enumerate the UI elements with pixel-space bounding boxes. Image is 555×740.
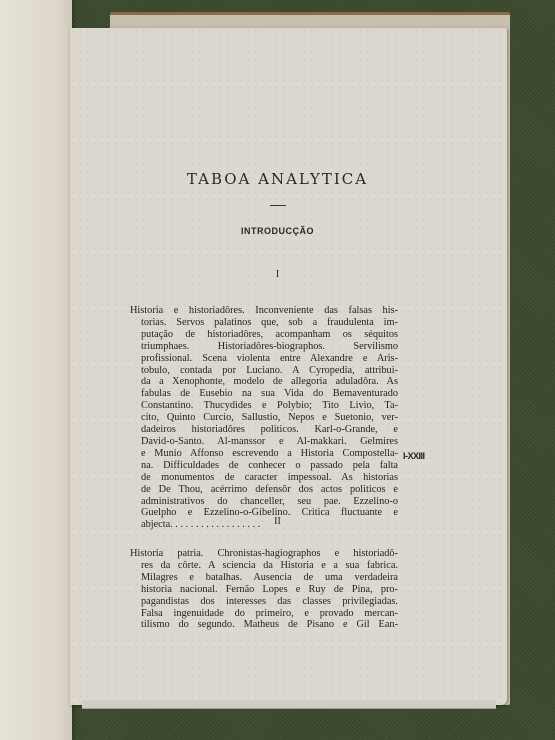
text-line: de De Thou, acérrimo defensôr dos actos … (130, 484, 398, 496)
text-line: de monumentos de caracter impessoal. As … (130, 472, 398, 484)
text-line: res da côrte. A sciencia da Historia e a… (130, 560, 398, 572)
paragraph-part-1: Historia e historiadôres. Inconveniente … (130, 305, 398, 531)
text-line: tilismo do segundo. Matheus de Pisano e … (130, 619, 398, 631)
text-line: pagandistas dos interesses das classes p… (130, 596, 398, 608)
text-line: administrativos do chanceller, seu pae. … (130, 496, 398, 508)
text-line: cito, Quinto Curcio, Sallustio, Nepos e … (130, 412, 398, 424)
part-numeral-1: I (0, 269, 555, 280)
text-line: putação de historiadôres, acompanham os … (130, 329, 398, 341)
text-line: Constantino. Thucydides e Polybio; Tito … (130, 400, 398, 412)
title-rule (270, 205, 286, 206)
paragraph-part-2: Historia patria. Chronistas-hagiographos… (130, 548, 398, 631)
text-line: dadeiros historiadôres politicos. Karl-o… (130, 424, 398, 436)
section-heading: INTRODUCÇÃO (0, 226, 555, 236)
part-numeral-2: II (0, 516, 555, 527)
text-line: na. Difficuldades de conhecer o passado … (130, 460, 398, 472)
text-line: e Munio Affonso escrevendo a Historia Co… (130, 448, 398, 460)
text-line: Milagres e batalhas. Ausencia de uma ver… (130, 572, 398, 584)
text-line: historia nacional. Fernão Lopes e Ruy de… (130, 584, 398, 596)
page-title: TABOA ANALYTICA (0, 170, 555, 188)
text-line: Falsa ingenuidade do primeiro, e provado… (130, 608, 398, 620)
text-line: profissional. Scena violenta entre Alexa… (130, 353, 398, 365)
text-line: triumphaes. Historiadôres-biographos. Se… (130, 341, 398, 353)
text-line: tobulo, contada por Luciano. A Cyropedia… (130, 365, 398, 377)
text-line: torias. Servos palatinos que, sob a frau… (130, 317, 398, 329)
facing-page (0, 0, 72, 740)
page-bottom-edge (82, 700, 496, 709)
text-line: Historia e historiadôres. Inconveniente … (130, 305, 398, 317)
text-line: da a Xenophonte, modelo de allegoria adu… (130, 376, 398, 388)
page-reference: I-XXIII (403, 451, 425, 461)
text-line: fabulas de Eusebio na sua Vida do Bemave… (130, 388, 398, 400)
text-line: Historia patria. Chronistas-hagiographos… (130, 548, 398, 560)
text-line: David-o-Santo. Al-manssor e Al-makkari. … (130, 436, 398, 448)
